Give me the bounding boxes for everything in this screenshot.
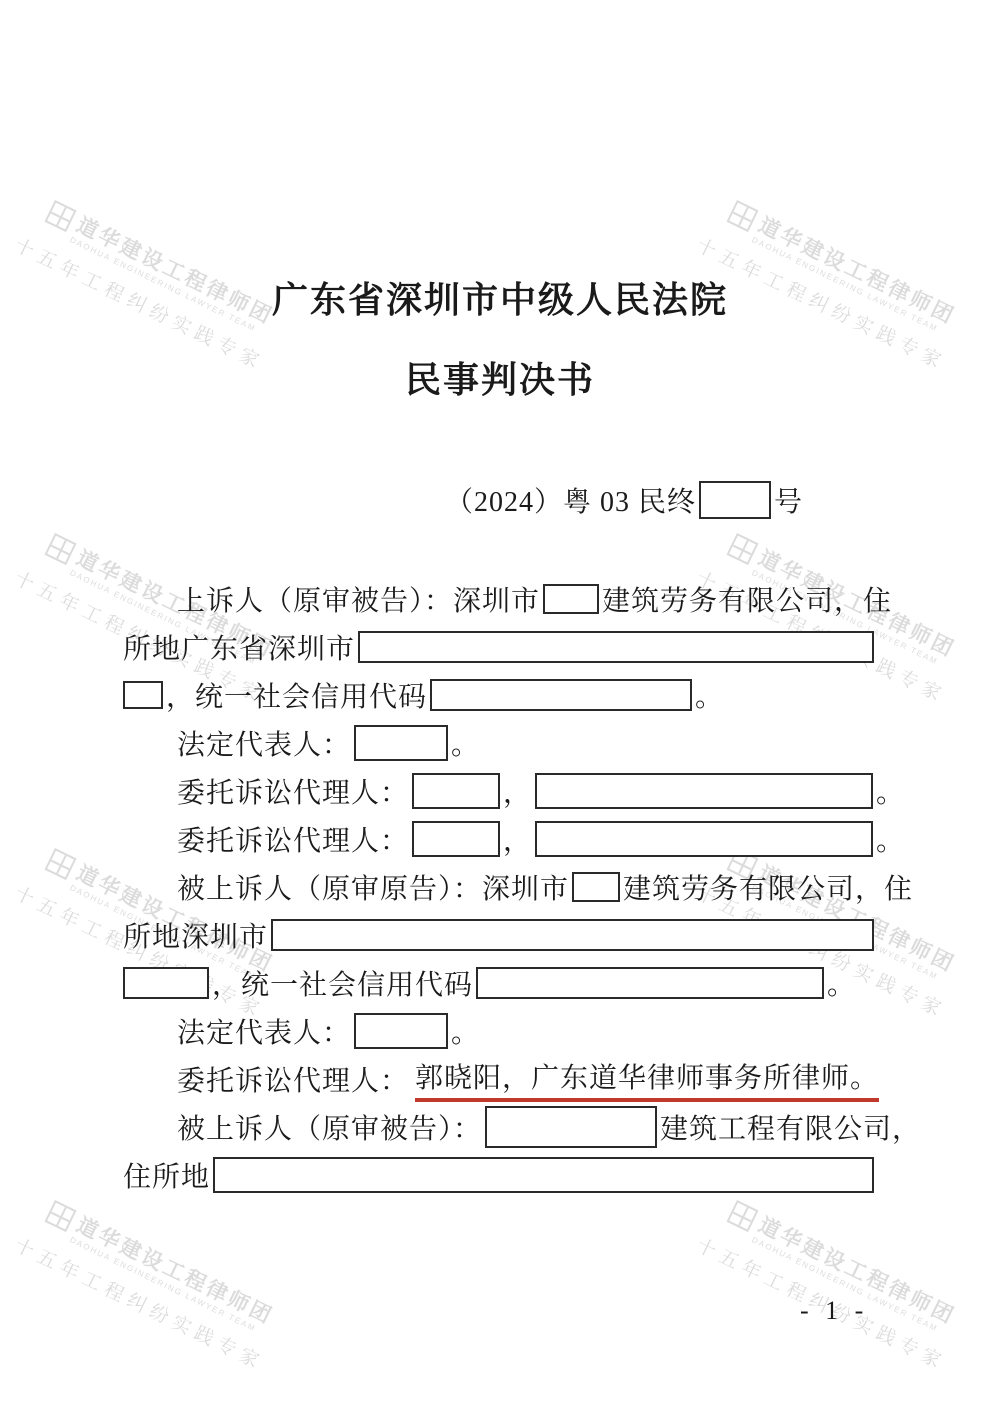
daohua-seal-icon	[726, 1200, 758, 1232]
appellee2-line-1: 被上诉人（原审被告）： 建筑工程有限公司，	[123, 1103, 877, 1151]
redaction-box-company-name	[543, 584, 599, 614]
watermark-brand: 道华建设工程律师团	[73, 1214, 277, 1329]
daohua-seal-icon	[44, 1200, 76, 1232]
appellee1-company-suffix-text: 建筑劳务有限公司，住	[623, 867, 913, 907]
redaction-box-credit-code	[430, 679, 692, 711]
appellee2-intro-text: 被上诉人（原审被告）：	[177, 1107, 482, 1147]
period-text: 。	[827, 963, 856, 1003]
appellee1-line-1: 被上诉人（原审原告）：深圳市 建筑劳务有限公司，住	[123, 863, 877, 911]
comma-text: ，	[503, 819, 532, 859]
redaction-box-address-end	[123, 967, 209, 999]
appellant-agent-line-1: 委托诉讼代理人： ， 。	[123, 767, 877, 815]
appellant-company-suffix-text: 建筑劳务有限公司，住	[602, 579, 892, 619]
redaction-box-address	[271, 919, 874, 951]
judgment-document-page: 道华建设工程律师团 DAOHUA ENGINEERING LAWYER TEAM…	[0, 0, 1000, 1414]
page-number: - 1 -	[800, 1296, 868, 1326]
redaction-box-credit-code	[476, 967, 824, 999]
redaction-box-address	[213, 1157, 874, 1193]
period-text: 。	[695, 675, 724, 715]
redaction-box-legal-rep-name	[354, 1013, 448, 1049]
agent-label: 委托诉讼代理人：	[177, 771, 409, 811]
parties-section: 上诉人（原审被告）：深圳市 建筑劳务有限公司，住 所地广东省深圳市 ，统一社会信…	[123, 575, 877, 1199]
appellant-agent-line-2: 委托诉讼代理人： ， 。	[123, 815, 877, 863]
document-title: 民事判决书	[123, 358, 877, 402]
period-text: 。	[451, 723, 480, 763]
watermark: 道华建设工程律师团 DAOHUA ENGINEERING LAWYER TEAM…	[25, 1200, 288, 1376]
redaction-box-company-name	[572, 872, 620, 902]
appellee2-address-label: 住所地	[123, 1155, 210, 1195]
legal-rep-label: 法定代表人：	[177, 1011, 351, 1051]
redaction-box-agent-name	[412, 773, 500, 809]
redaction-box-address-end	[123, 681, 163, 709]
case-number-prefix: （2024）粤 03 民终	[445, 480, 696, 520]
appellant-legal-rep-line: 法定代表人： 。	[123, 719, 877, 767]
redaction-box-agent-firm	[535, 821, 873, 857]
redaction-box-case-number	[699, 481, 771, 519]
case-number-suffix: 号	[774, 480, 803, 520]
credit-code-label: ，统一社会信用代码	[212, 963, 473, 1003]
watermark-tagline: 十五年工程纠纷实践专家	[10, 1231, 269, 1376]
case-number-line: （2024）粤 03 民终 号	[123, 480, 877, 520]
watermark-brand-en: DAOHUA ENGINEERING LAWYER TEAM	[68, 1235, 266, 1338]
period-text: 。	[876, 771, 905, 811]
credit-code-label: ，统一社会信用代码	[166, 675, 427, 715]
appellant-line-3: ，统一社会信用代码 。	[123, 671, 877, 719]
appellee1-line-2: 所地深圳市	[123, 911, 877, 959]
legal-rep-label: 法定代表人：	[177, 723, 351, 763]
appellee1-address-text: 所地深圳市	[123, 915, 268, 955]
appellee2-company-suffix-text: 建筑工程有限公司，	[660, 1107, 921, 1147]
appellee1-legal-rep-line: 法定代表人： 。	[123, 1007, 877, 1055]
redaction-box-address	[358, 631, 874, 663]
watermark: 道华建设工程律师团 DAOHUA ENGINEERING LAWYER TEAM…	[707, 1200, 970, 1376]
redaction-box-company-name	[485, 1106, 657, 1148]
period-text: 。	[451, 1011, 480, 1051]
appellant-line-2: 所地广东省深圳市	[123, 623, 877, 671]
redaction-box-agent-firm	[535, 773, 873, 809]
appellee2-line-2: 住所地	[123, 1151, 877, 1199]
appellee1-intro-text: 被上诉人（原审原告）：深圳市	[177, 867, 569, 907]
agent-label: 委托诉讼代理人：	[177, 1059, 409, 1099]
document-content: 广东省深圳市中级人民法院 民事判决书 （2024）粤 03 民终 号 上诉人（原…	[0, 0, 1000, 1199]
appellant-line-1: 上诉人（原审被告）：深圳市 建筑劳务有限公司，住	[123, 575, 877, 623]
comma-text: ，	[503, 771, 532, 811]
court-name: 广东省深圳市中级人民法院	[123, 278, 877, 322]
period-text: 。	[876, 819, 905, 859]
appellant-intro-text: 上诉人（原审被告）：深圳市	[177, 579, 540, 619]
appellee1-agent-name-highlighted: 郭晓阳，广东道华律师事务所律师。	[415, 1056, 879, 1102]
redaction-box-legal-rep-name	[354, 725, 448, 761]
redaction-box-agent-name	[412, 821, 500, 857]
appellee1-agent-line: 委托诉讼代理人： 郭晓阳，广东道华律师事务所律师。	[123, 1055, 877, 1103]
agent-label: 委托诉讼代理人：	[177, 819, 409, 859]
appellant-address-text: 所地广东省深圳市	[123, 627, 355, 667]
appellee1-line-3: ，统一社会信用代码 。	[123, 959, 877, 1007]
